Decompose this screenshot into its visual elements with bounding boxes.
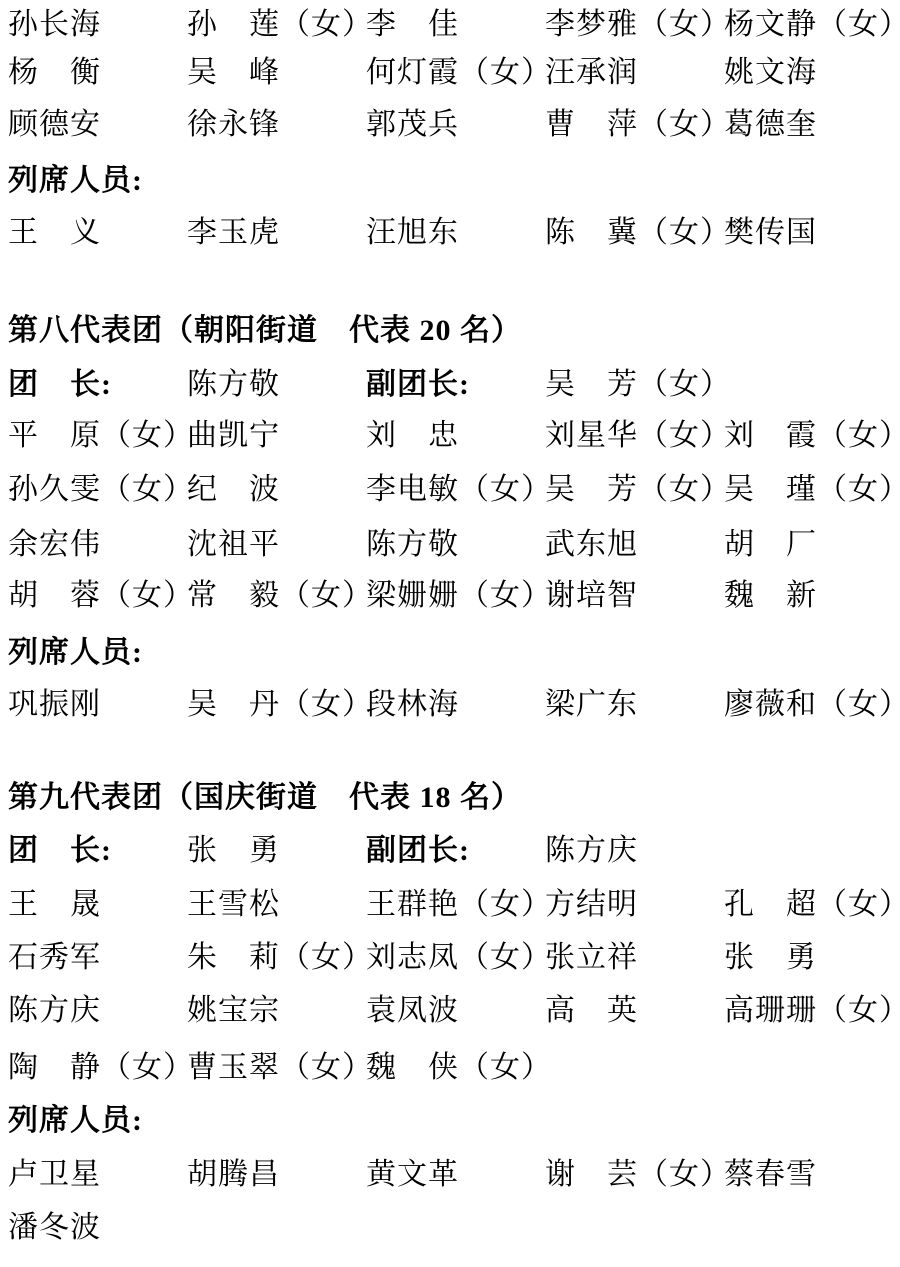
delegate-name: 黄文革 [366,1157,459,1193]
delegate-row: 胡 蓉（女）常 毅（女）梁姗姗（女）谢培智魏 新 [0,578,900,620]
observers-label-text: 列席人员: [8,635,143,671]
delegate-row: 余宏伟沈祖平陈方敬武东旭胡 厂 [0,527,900,569]
delegate-name: 曹玉翠（女） [187,1050,373,1086]
delegate-name: 胡 蓉（女） [8,578,194,614]
deputy-leader-label: 副团长: [366,833,470,869]
delegate-name: 郭茂兵 [366,107,459,143]
delegate-name: 高珊珊（女） [724,993,900,1029]
delegation-heading: 第八代表团（朝阳街道 代表 20 名） [0,313,900,355]
delegate-name: 徐永锋 [187,107,280,143]
observers-label: 列席人员: [0,635,900,677]
delegate-name: 王 义 [8,215,101,251]
delegate-name: 刘 霞（女） [724,418,900,454]
delegate-name: 刘志凤（女） [366,940,552,976]
delegate-name: 高 英 [545,993,638,1029]
delegate-name: 李 佳 [366,7,459,43]
delegate-row: 杨 衡吴 峰何灯霞（女）汪承润姚文海 [0,55,900,97]
delegate-name: 何灯霞（女） [366,55,552,91]
delegate-name: 武东旭 [545,527,638,563]
delegate-name: 陈方敬 [366,527,459,563]
delegate-name: 孙长海 [8,7,101,43]
delegate-name: 张立祥 [545,940,638,976]
delegate-name: 王群艳（女） [366,887,552,923]
leader-label: 团 长: [8,367,112,403]
delegate-row: 王 义李玉虎汪旭东陈 冀（女）樊传国 [0,215,900,257]
delegate-name: 刘星华（女） [545,418,731,454]
delegation-heading: 第九代表团（国庆街道 代表 18 名） [0,780,900,822]
delegate-row: 陈方庆姚宝宗袁凤波高 英高珊珊（女） [0,993,900,1035]
observers-label-text: 列席人员: [8,163,143,199]
delegate-name: 胡 厂 [724,527,817,563]
delegate-row: 孙长海孙 莲（女）李 佳李梦雅（女）杨文静（女） [0,7,900,49]
delegate-name: 平 原（女） [8,418,194,454]
delegate-name: 纪 波 [187,472,280,508]
delegate-row: 平 原（女）曲凯宁刘 忠刘星华（女）刘 霞（女） [0,418,900,460]
leader-name: 张 勇 [187,833,280,869]
delegate-name: 沈祖平 [187,527,280,563]
delegate-name: 葛德奎 [724,107,817,143]
deputy-leader-name: 吴 芳（女） [545,367,731,403]
delegate-name: 孙 莲（女） [187,7,373,43]
delegate-name: 孔 超（女） [724,887,900,923]
delegate-name: 魏 侠（女） [366,1050,552,1086]
delegate-name: 袁凤波 [366,993,459,1029]
delegate-name: 刘 忠 [366,418,459,454]
leaders-row: 团 长:张 勇副团长:陈方庆 [0,833,900,875]
delegate-name: 胡腾昌 [187,1157,280,1193]
leader-label: 团 长: [8,833,112,869]
delegate-name: 张 勇 [724,940,817,976]
delegate-name: 曲凯宁 [187,418,280,454]
delegate-name: 杨文静（女） [724,7,900,43]
delegate-name: 曹 萍（女） [545,107,731,143]
delegate-name: 陶 静（女） [8,1050,194,1086]
delegate-name: 陈方庆 [8,993,101,1029]
delegation-heading-text: 第八代表团（朝阳街道 代表 20 名） [8,313,522,349]
delegate-name: 谢 芸（女） [545,1157,731,1193]
delegate-row: 潘冬波 [0,1210,900,1252]
delegate-name: 李梦雅（女） [545,7,731,43]
delegate-name: 杨 衡 [8,55,101,91]
delegate-name: 石秀军 [8,940,101,976]
delegate-name: 汪旭东 [366,215,459,251]
leader-name: 陈方敬 [187,367,280,403]
delegate-name: 廖薇和（女） [724,687,900,723]
delegate-name: 吴 瑾（女） [724,472,900,508]
delegate-name: 方结明 [545,887,638,923]
delegate-row: 顾德安徐永锋郭茂兵曹 萍（女）葛德奎 [0,107,900,149]
delegate-name: 卢卫星 [8,1157,101,1193]
delegate-name: 陈 冀（女） [545,215,731,251]
delegate-name: 汪承润 [545,55,638,91]
delegate-name: 蔡春雪 [724,1157,817,1193]
delegate-name: 吴 丹（女） [187,687,373,723]
delegate-name: 姚宝宗 [187,993,280,1029]
observers-label-text: 列席人员: [8,1103,143,1139]
delegate-row: 石秀军朱 莉（女）刘志凤（女）张立祥张 勇 [0,940,900,982]
delegate-name: 姚文海 [724,55,817,91]
delegation-heading-text: 第九代表团（国庆街道 代表 18 名） [8,780,522,816]
delegate-name: 王雪松 [187,887,280,923]
delegate-name: 常 毅（女） [187,578,373,614]
delegate-name: 孙久雯（女） [8,472,194,508]
delegate-row: 孙久雯（女）纪 波李电敏（女）吴 芳（女）吴 瑾（女） [0,472,900,514]
delegate-name: 吴 峰 [187,55,280,91]
delegate-name: 余宏伟 [8,527,101,563]
delegate-name: 巩振刚 [8,687,101,723]
document-page: 孙长海孙 莲（女）李 佳李梦雅（女）杨文静（女）杨 衡吴 峰何灯霞（女）汪承润姚… [0,0,900,1267]
delegate-name: 梁广东 [545,687,638,723]
delegate-name: 谢培智 [545,578,638,614]
delegate-name: 潘冬波 [8,1210,101,1246]
delegate-name: 朱 莉（女） [187,940,373,976]
delegate-name: 吴 芳（女） [545,472,731,508]
deputy-leader-name: 陈方庆 [545,833,638,869]
delegate-name: 李电敏（女） [366,472,552,508]
delegate-name: 樊传国 [724,215,817,251]
delegate-row: 巩振刚吴 丹（女）段林海梁广东廖薇和（女） [0,687,900,729]
delegate-row: 王 晟王雪松王群艳（女）方结明孔 超（女） [0,887,900,929]
deputy-leader-label: 副团长: [366,367,470,403]
delegate-row: 卢卫星胡腾昌黄文革谢 芸（女）蔡春雪 [0,1157,900,1199]
observers-label: 列席人员: [0,1103,900,1145]
delegate-name: 李玉虎 [187,215,280,251]
leaders-row: 团 长:陈方敬副团长:吴 芳（女） [0,367,900,409]
observers-label: 列席人员: [0,163,900,205]
delegate-name: 王 晟 [8,887,101,923]
delegate-name: 段林海 [366,687,459,723]
delegate-row: 陶 静（女）曹玉翠（女）魏 侠（女） [0,1050,900,1092]
delegate-name: 梁姗姗（女） [366,578,552,614]
delegate-name: 顾德安 [8,107,101,143]
delegate-name: 魏 新 [724,578,817,614]
